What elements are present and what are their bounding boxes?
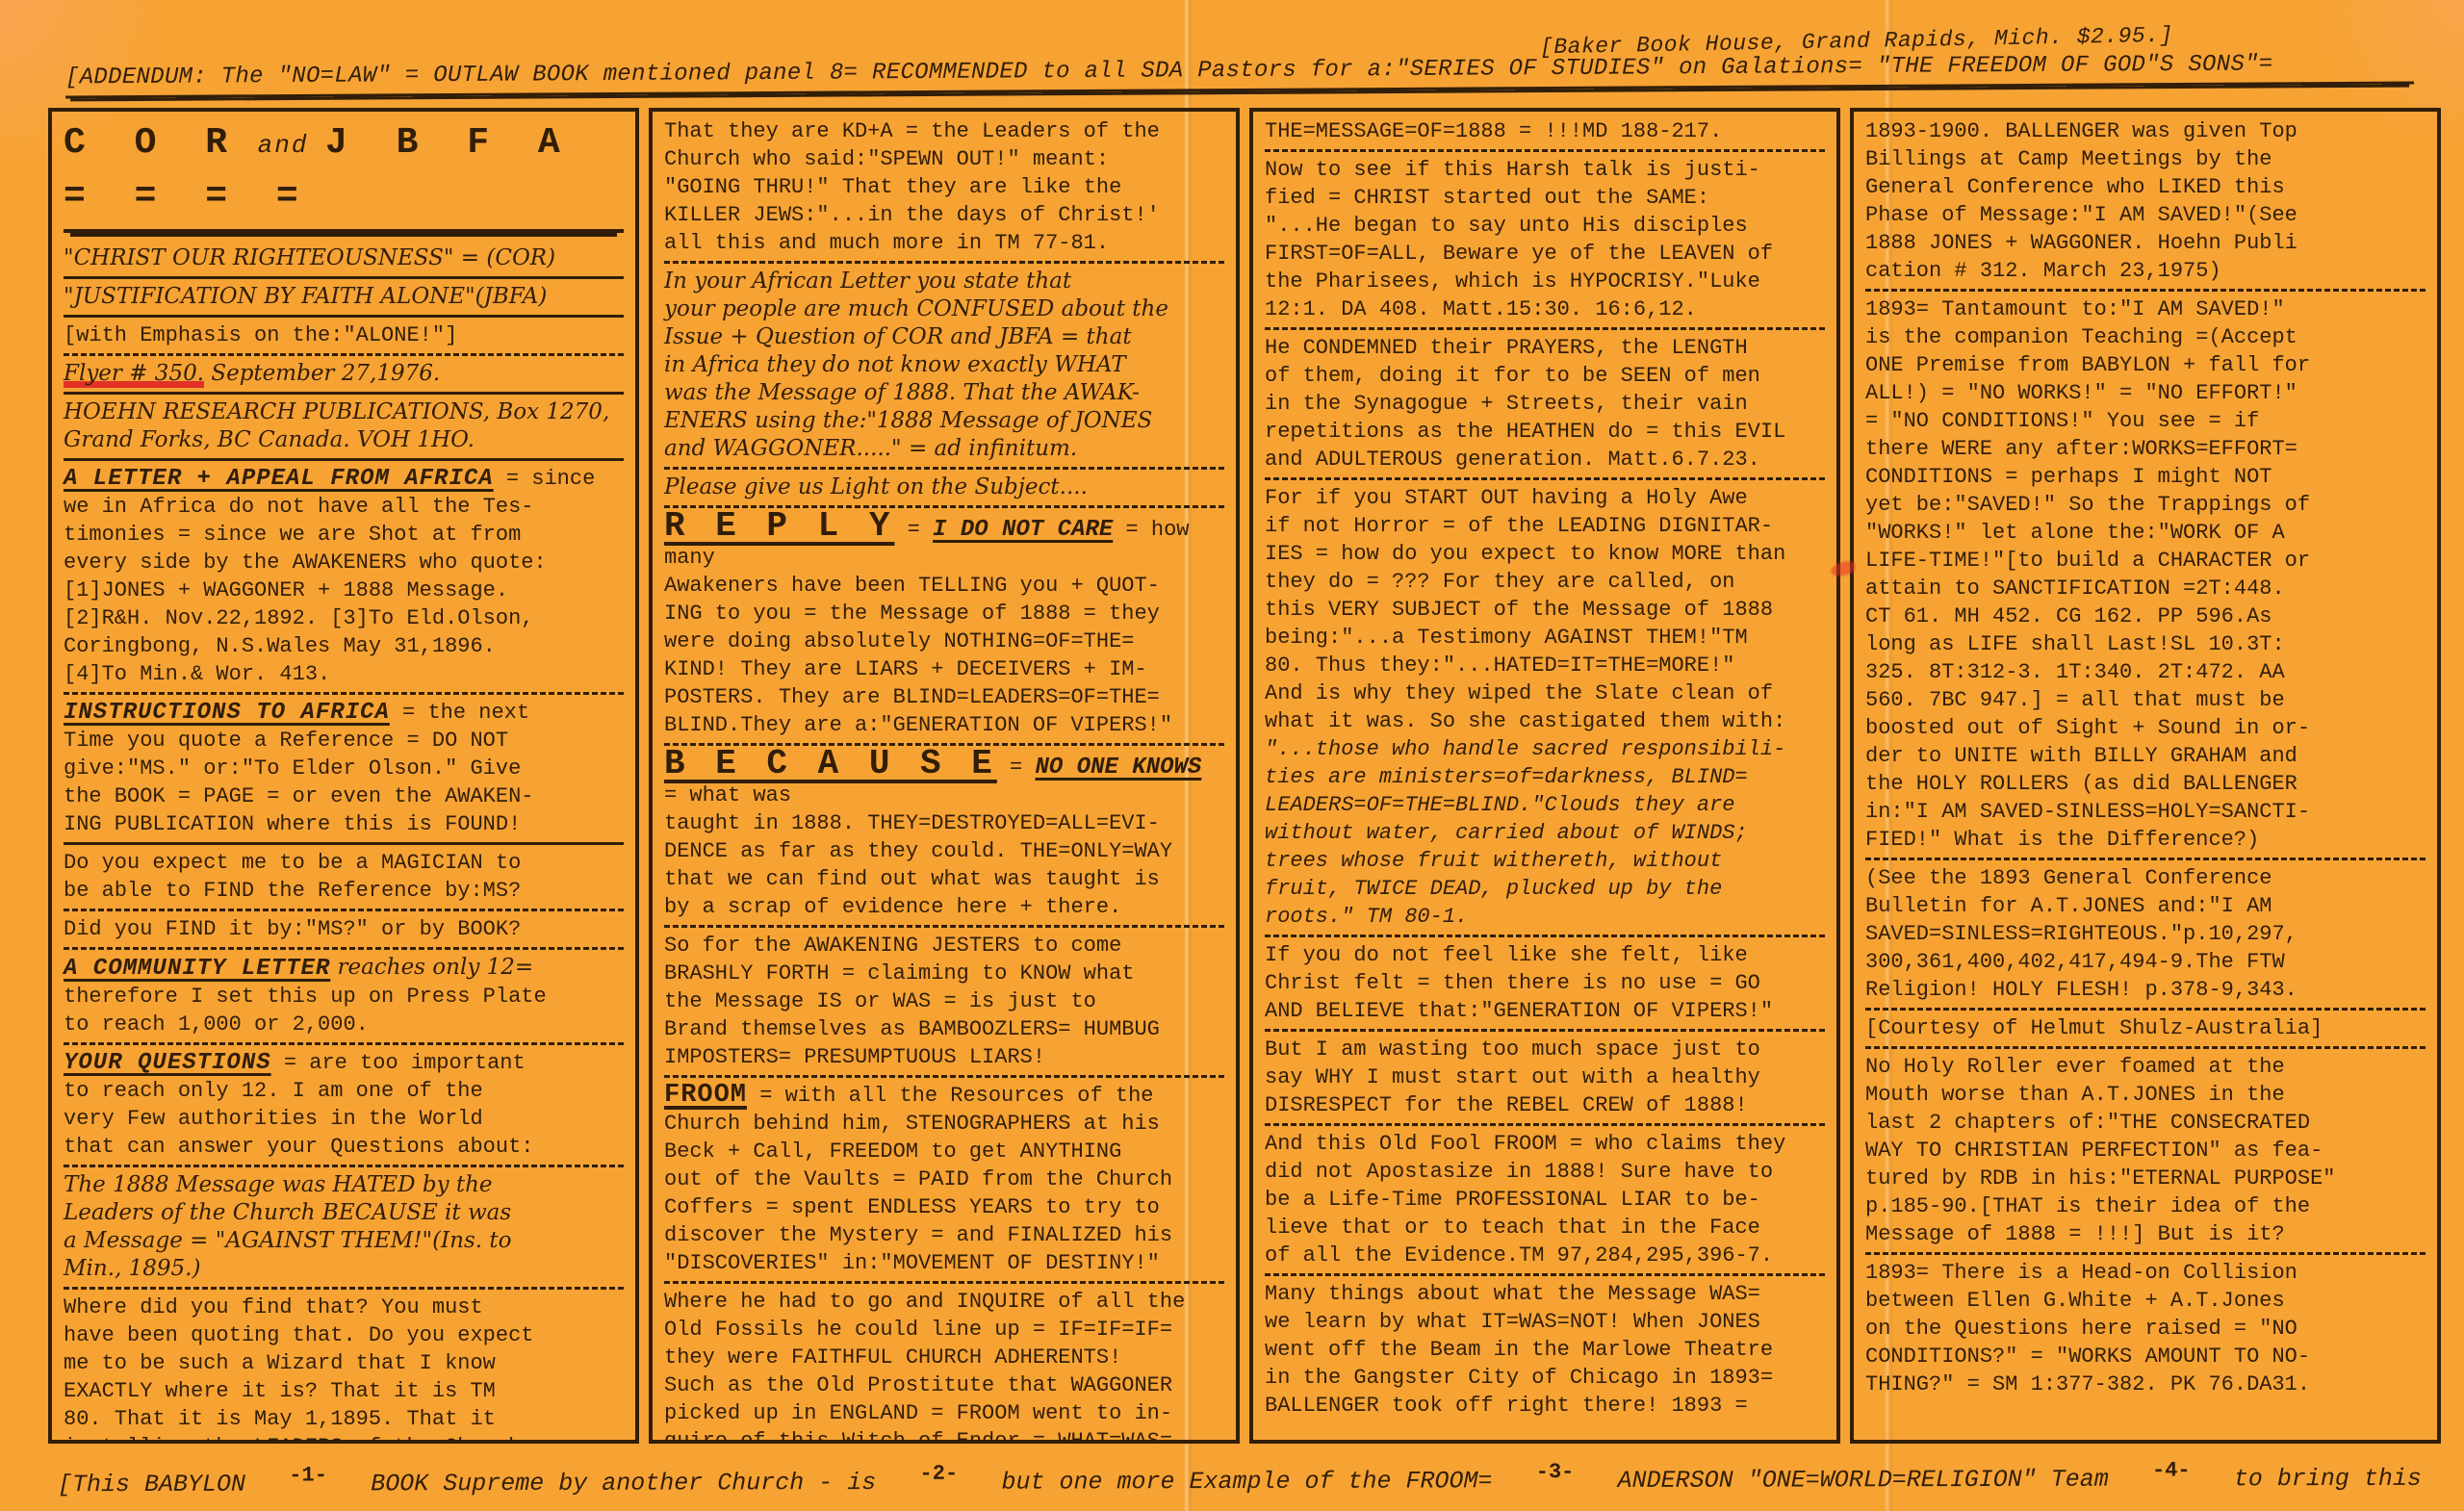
- footer-text: but one more Example of the FROOM=: [1001, 1467, 1492, 1496]
- text-block: HOEHN RESEARCH PUBLICATIONS, Box 1270, G…: [64, 392, 624, 454]
- text-segment: Flyer # 350.: [64, 361, 204, 388]
- text-block: [with Emphasis on the:"ALONE!"]: [64, 315, 624, 349]
- text-block: He CONDEMNED their PRAYERS, the LENGTH o…: [1265, 327, 1825, 474]
- column: C O R and J B F A = = = ="CHRIST OUR RIG…: [48, 108, 639, 1444]
- text-block: No Holy Roller ever foamed at the Mouth …: [1865, 1046, 2425, 1248]
- text-block: A LETTER + APPEAL FROM AFRICA = since we…: [64, 458, 624, 688]
- flyer-page: [Baker Book House, Grand Rapids, Mich. $…: [0, 0, 2464, 1511]
- text-block: Now to see if this Harsh talk is justi- …: [1265, 149, 1825, 323]
- text-segment: Did you FIND it by:"MS?" or by BOOK?: [64, 917, 521, 941]
- text-block: A COMMUNITY LETTER reaches only 12= ther…: [64, 947, 624, 1038]
- text-segment: 1893-1900. BALLENGER was given Top Billi…: [1865, 119, 2297, 283]
- text-block: 1893= There is a Head-on Collision betwe…: [1865, 1252, 2425, 1398]
- text-block: That they are KD+A = the Leaders of the …: [664, 117, 1224, 257]
- text-segment: Do you expect me to be a MAGICIAN to be …: [64, 851, 521, 903]
- page-number-4: -4-: [2152, 1458, 2191, 1482]
- text-segment: (See the 1893 General Conference Bulleti…: [1865, 866, 2297, 1002]
- text-block: Where he had to go and INQUIRE of all th…: [664, 1281, 1224, 1444]
- text-segment: "JUSTIFICATION BY FAITH ALONE"(JBFA): [64, 284, 547, 309]
- text-segment: YOUR QUESTIONS: [64, 1050, 271, 1076]
- text-segment: Many things about what the Message WAS= …: [1265, 1282, 1773, 1418]
- columns-region: C O R and J B F A = = = ="CHRIST OUR RIG…: [48, 108, 2441, 1444]
- text-segment: That they are KD+A = the Leaders of the …: [664, 119, 1160, 255]
- page-number-1: -1-: [289, 1463, 327, 1487]
- text-block: 1893= Tantamount to:"I AM SAVED!" is the…: [1865, 289, 2425, 854]
- text-block: INSTRUCTIONS TO AFRICA = the next Time y…: [64, 692, 624, 838]
- footer-text: [This BABYLON: [58, 1471, 245, 1499]
- text-segment: [Courtesy of Helmut Shulz-Australia]: [1865, 1016, 2323, 1040]
- text-block: FROOM = with all the Resources of the Ch…: [664, 1075, 1224, 1277]
- text-segment: NO ONE KNOWS: [1035, 755, 1201, 781]
- text-block: "JUSTIFICATION BY FAITH ALONE"(JBFA): [64, 276, 624, 311]
- text-segment: The 1888 Message was HATED by the Leader…: [64, 1172, 511, 1281]
- text-block: YOUR QUESTIONS = are too important to re…: [64, 1042, 624, 1161]
- text-block: And this Old Fool FROOM = who claims the…: [1265, 1123, 1825, 1269]
- text-block: Do you expect me to be a MAGICIAN to be …: [64, 842, 624, 905]
- text-segment: I DO NOT CARE: [933, 517, 1113, 543]
- text-block: So for the AWAKENING JESTERS to come BRA…: [664, 925, 1224, 1071]
- text-segment: HOEHN RESEARCH PUBLICATIONS, Box 1270, G…: [64, 399, 609, 452]
- text-segment: For if you START OUT having a Holy Awe i…: [1265, 486, 1785, 733]
- text-segment: therefore I set this up on Press Plate t…: [64, 985, 547, 1037]
- text-segment: September 27,1976.: [204, 361, 440, 386]
- text-block: [Courtesy of Helmut Shulz-Australia]: [1865, 1008, 2425, 1042]
- text-segment: If you do not feel like she felt, like C…: [1265, 943, 1773, 1023]
- column: THE=MESSAGE=OF=1888 = !!!MD 188-217.Now …: [1249, 108, 1840, 1444]
- text-segment: Now to see if this Harsh talk is justi- …: [1265, 158, 1773, 321]
- text-block: But I am wasting too much space just to …: [1265, 1029, 1825, 1119]
- text-segment: = with all the Resources of the Church b…: [664, 1084, 1172, 1275]
- text-segment: THE=MESSAGE=OF=1888 = !!!MD 188-217.: [1265, 119, 1722, 143]
- text-block: "CHRIST OUR RIGHTEOUSNESS" = (COR): [64, 244, 624, 272]
- text-block: (See the 1893 General Conference Bulleti…: [1865, 858, 2425, 1004]
- text-block: R E P L Y = I DO NOT CARE = how many Awa…: [664, 505, 1224, 739]
- text-segment: [with Emphasis on the:"ALONE!"]: [64, 323, 457, 347]
- text-segment: Where did you find that? You must have b…: [64, 1295, 533, 1444]
- text-block: Where did you find that? You must have b…: [64, 1287, 624, 1444]
- text-block: For if you START OUT having a Holy Awe i…: [1265, 477, 1825, 735]
- text-segment: = since we in Africa do not have all the…: [64, 467, 595, 686]
- text-segment: And this Old Fool FROOM = who claims the…: [1265, 1132, 1785, 1268]
- text-segment: He CONDEMNED their PRAYERS, the LENGTH o…: [1265, 336, 1785, 472]
- footer-text: ANDERSON "ONE=WORLD=RELIGION" Team: [1618, 1466, 2109, 1495]
- text-segment: "CHRIST OUR RIGHTEOUSNESS" = (COR): [64, 245, 555, 270]
- text-block: Many things about what the Message WAS= …: [1265, 1273, 1825, 1420]
- text-block: If you do not feel like she felt, like C…: [1265, 935, 1825, 1025]
- text-block: In your African Letter you state that yo…: [664, 261, 1224, 463]
- text-block: Flyer # 350. September 27,1976.: [64, 353, 624, 388]
- text-block: C O R and J B F A = = = =: [64, 117, 624, 233]
- addendum-note: [ADDENDUM: The "NO=LAW" = OUTLAW BOOK me…: [65, 51, 2414, 99]
- text-segment: But I am wasting too much space just to …: [1265, 1037, 1760, 1117]
- text-segment: A COMMUNITY LETTER: [64, 956, 330, 982]
- text-block: "...those who handle sacred responsibili…: [1265, 735, 1825, 931]
- text-segment: C O R: [64, 122, 241, 164]
- text-segment: FROOM: [664, 1081, 747, 1110]
- text-segment: Where he had to go and INQUIRE of all th…: [664, 1290, 1185, 1444]
- page-number-3: -3-: [1536, 1460, 1575, 1484]
- text-segment: 1893= Tantamount to:"I AM SAVED!" is the…: [1865, 297, 2310, 852]
- text-segment: 1893= There is a Head-on Collision betwe…: [1865, 1261, 2310, 1396]
- text-segment: "...those who handle sacred responsibili…: [1265, 737, 1785, 929]
- text-segment: = how many Awakeners have been TELLING y…: [664, 518, 1202, 737]
- text-segment: =: [997, 755, 1036, 780]
- text-block: The 1888 Message was HATED by the Leader…: [64, 1165, 624, 1283]
- page-number-2: -2-: [919, 1462, 958, 1486]
- text-segment: INSTRUCTIONS TO AFRICA: [64, 700, 390, 726]
- footer-text: to bring this: [2234, 1465, 2422, 1494]
- text-block: THE=MESSAGE=OF=1888 = !!!MD 188-217.: [1265, 117, 1825, 145]
- footer-text: BOOK Supreme by another Church - is: [371, 1469, 876, 1498]
- text-block: B E C A U S E = NO ONE KNOWS = what was …: [664, 743, 1224, 921]
- text-block: Please give us Light on the Subject....: [664, 467, 1224, 501]
- text-segment: R E P L Y: [664, 506, 894, 546]
- text-segment: No Holy Roller ever foamed at the Mouth …: [1865, 1055, 2335, 1246]
- text-segment: J B F A: [325, 122, 574, 164]
- text-segment: B E C A U S E: [664, 744, 997, 783]
- text-segment: =: [894, 518, 933, 542]
- text-block: Did you FIND it by:"MS?" or by BOOK?: [64, 909, 624, 943]
- column: 1893-1900. BALLENGER was given Top Billi…: [1850, 108, 2441, 1444]
- text-segment: and: [241, 131, 325, 160]
- text-block: 1893-1900. BALLENGER was given Top Billi…: [1865, 117, 2425, 285]
- text-segment: In your African Letter you state that yo…: [664, 269, 1168, 461]
- text-segment: Please give us Light on the Subject....: [664, 474, 1088, 499]
- text-segment: So for the AWAKENING JESTERS to come BRA…: [664, 934, 1160, 1069]
- page-footer: [This BABYLON -1- BOOK Supreme by anothe…: [58, 1465, 2422, 1498]
- text-segment: A LETTER + APPEAL FROM AFRICA: [64, 466, 494, 492]
- column: That they are KD+A = the Leaders of the …: [649, 108, 1240, 1444]
- text-segment: reaches only 12=: [330, 955, 533, 980]
